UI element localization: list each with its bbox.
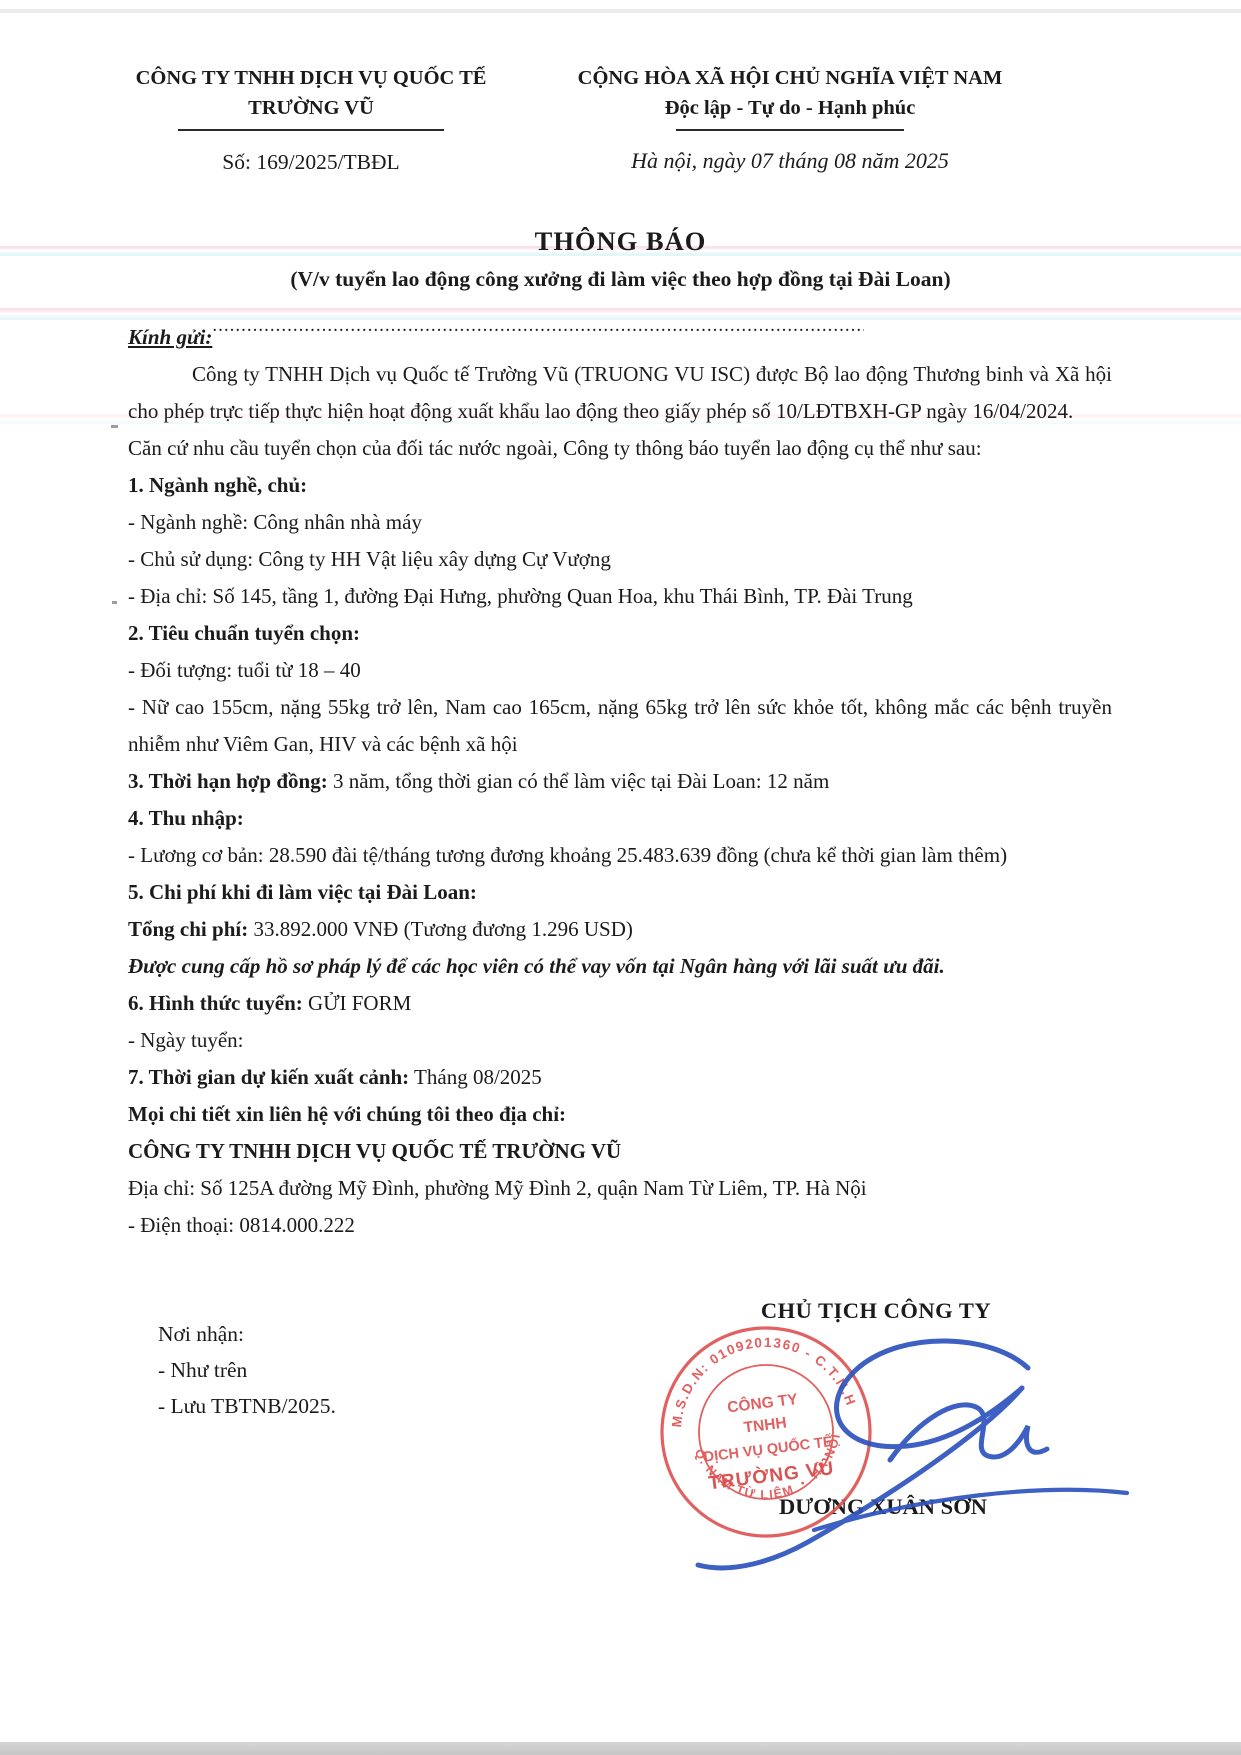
- national-motto-line2: Độc lập - Tự do - Hạnh phúc: [558, 94, 1022, 124]
- section-7-text: Tháng 08/2025: [409, 1065, 542, 1089]
- signature-stroke: [836, 1341, 1028, 1447]
- intro-paragraph-2: Căn cứ nhu cầu tuyển chọn của đối tác nư…: [128, 430, 1112, 467]
- scan-speck: [111, 425, 118, 428]
- document-body: Kính gửi:...............................…: [128, 307, 1112, 1244]
- stamp-inner-ring: [691, 1357, 840, 1506]
- section-3-text: 3 năm, tổng thời gian có thể làm việc tạ…: [328, 769, 830, 793]
- total-cost-label: Tổng chi phí:: [128, 917, 248, 941]
- contact-intro: Mọi chi tiết xin liên hệ với chúng tôi t…: [128, 1096, 1112, 1133]
- recipient-label: Kính gửi:: [128, 325, 212, 349]
- header-national-block: CỘNG HÒA XÃ HỘI CHỦ NGHĨA VIỆT NAM Độc l…: [558, 64, 1022, 177]
- loan-note: Được cung cấp hồ sơ pháp lý để các học v…: [128, 948, 1112, 985]
- signature-stroke: [890, 1405, 1047, 1460]
- recipients-item: - Lưu TBTNB/2025.: [158, 1388, 336, 1424]
- section-7-line: 7. Thời gian dự kiến xuất cảnh: Tháng 08…: [128, 1059, 1112, 1096]
- issue-date: Hà nội, ngày 07 tháng 08 năm 2025: [558, 145, 1022, 177]
- signer-title: CHỦ TỊCH CÔNG TY: [678, 1298, 1074, 1324]
- section-1-item: - Chủ sử dụng: Công ty HH Vật liệu xây d…: [128, 541, 1112, 578]
- recipients-item: - Như trên: [158, 1352, 336, 1388]
- section-1-item: - Ngành nghề: Công nhân nhà máy: [128, 504, 1112, 541]
- scan-artifact-band: [0, 9, 1241, 13]
- national-motto-line1: CỘNG HÒA XÃ HỘI CHỦ NGHĨA VIỆT NAM: [558, 64, 1022, 94]
- section-2-item: - Đối tượng: tuổi từ 18 – 40: [128, 652, 1112, 689]
- intro-paragraph-1: Công ty TNHH Dịch vụ Quốc tế Trường Vũ (…: [128, 356, 1112, 430]
- section-2-item: - Nữ cao 155cm, nặng 55kg trở lên, Nam c…: [128, 689, 1112, 763]
- stamp-center-line1: CÔNG TY: [726, 1390, 799, 1417]
- section-7-heading: 7. Thời gian dự kiến xuất cảnh:: [128, 1065, 409, 1089]
- section-4-item: - Lương cơ bản: 28.590 đài tệ/tháng tươn…: [128, 837, 1112, 874]
- dotted-leader: ........................................…: [212, 307, 864, 344]
- section-2-heading: 2. Tiêu chuẩn tuyển chọn:: [128, 615, 1112, 652]
- recipient-line: Kính gửi:...............................…: [128, 307, 1112, 356]
- document-number: Số: 169/2025/TBĐL: [130, 147, 492, 178]
- section-6-text: GỬI FORM: [303, 991, 411, 1015]
- recipients-label: Nơi nhận:: [158, 1316, 336, 1352]
- section-1-item: - Địa chỉ: Số 145, tầng 1, đường Đại Hưn…: [128, 578, 1112, 615]
- section-4-heading: 4. Thu nhập:: [128, 800, 1112, 837]
- total-cost-line: Tổng chi phí: 33.892.000 VNĐ (Tương đươn…: [128, 911, 1112, 948]
- document-page: CÔNG TY TNHH DỊCH VỤ QUỐC TẾ TRƯỜNG VŨ S…: [0, 0, 1241, 1755]
- signature-stroke: [698, 1388, 1022, 1568]
- stamp-and-signature: M.S.D.N: 0109201360 - C.T.N.H ★ Q. NAM T…: [560, 1280, 1200, 1620]
- stamp-ring-text-top: M.S.D.N: 0109201360 - C.T.N.H: [659, 1324, 859, 1430]
- section-3-heading: 3. Thời hạn hợp đồng:: [128, 769, 328, 793]
- stamp-center-line3: DỊCH VỤ QUỐC TẾ: [703, 1432, 834, 1466]
- contact-phone: - Điện thoại: 0814.000.222: [128, 1207, 1112, 1244]
- header-underline: [178, 129, 444, 131]
- contact-address: Địa chỉ: Số 125A đường Mỹ Đình, phường M…: [128, 1170, 1112, 1207]
- section-1-heading: 1. Ngành nghề, chủ:: [128, 467, 1112, 504]
- signer-name: DƯƠNG XUÂN SƠN: [688, 1494, 1078, 1520]
- scan-artifact-band: [0, 1742, 1241, 1755]
- section-6-heading: 6. Hình thức tuyển:: [128, 991, 303, 1015]
- handwritten-signature: [698, 1341, 1127, 1568]
- header-company-block: CÔNG TY TNHH DỊCH VỤ QUỐC TẾ TRƯỜNG VŨ S…: [130, 64, 492, 179]
- company-name-line1: CÔNG TY TNHH DỊCH VỤ QUỐC TẾ: [130, 64, 492, 94]
- document-title: THÔNG BÁO: [0, 226, 1241, 257]
- section-3-line: 3. Thời hạn hợp đồng: 3 năm, tổng thời g…: [128, 763, 1112, 800]
- company-name-line2: TRƯỜNG VŨ: [130, 94, 492, 124]
- section-6-line: 6. Hình thức tuyển: GỬI FORM: [128, 985, 1112, 1022]
- stamp-ring-text-bottom: ★ Q. NAM TỪ LIÊM ・ HÀ NỘI ★: [636, 1302, 852, 1515]
- document-subtitle: (V/v tuyển lao động công xưởng đi làm vi…: [0, 267, 1241, 292]
- stamp-center-line4: TRƯỜNG VŨ: [707, 1457, 835, 1494]
- stamp-center-line2: TNHH: [743, 1414, 788, 1436]
- title-block: THÔNG BÁO (V/v tuyển lao động công xưởng…: [0, 226, 1241, 292]
- scan-speck: [112, 601, 117, 604]
- header-underline: [676, 129, 904, 131]
- recipients-block: Nơi nhận: - Như trên - Lưu TBTNB/2025.: [158, 1316, 336, 1424]
- contact-company: CÔNG TY TNHH DỊCH VỤ QUỐC TẾ TRƯỜNG VŨ: [128, 1133, 1112, 1170]
- section-6-item: - Ngày tuyển:: [128, 1022, 1112, 1059]
- total-cost-text: 33.892.000 VNĐ (Tương đương 1.296 USD): [248, 917, 633, 941]
- section-5-heading: 5. Chi phí khi đi làm việc tại Đài Loan:: [128, 874, 1112, 911]
